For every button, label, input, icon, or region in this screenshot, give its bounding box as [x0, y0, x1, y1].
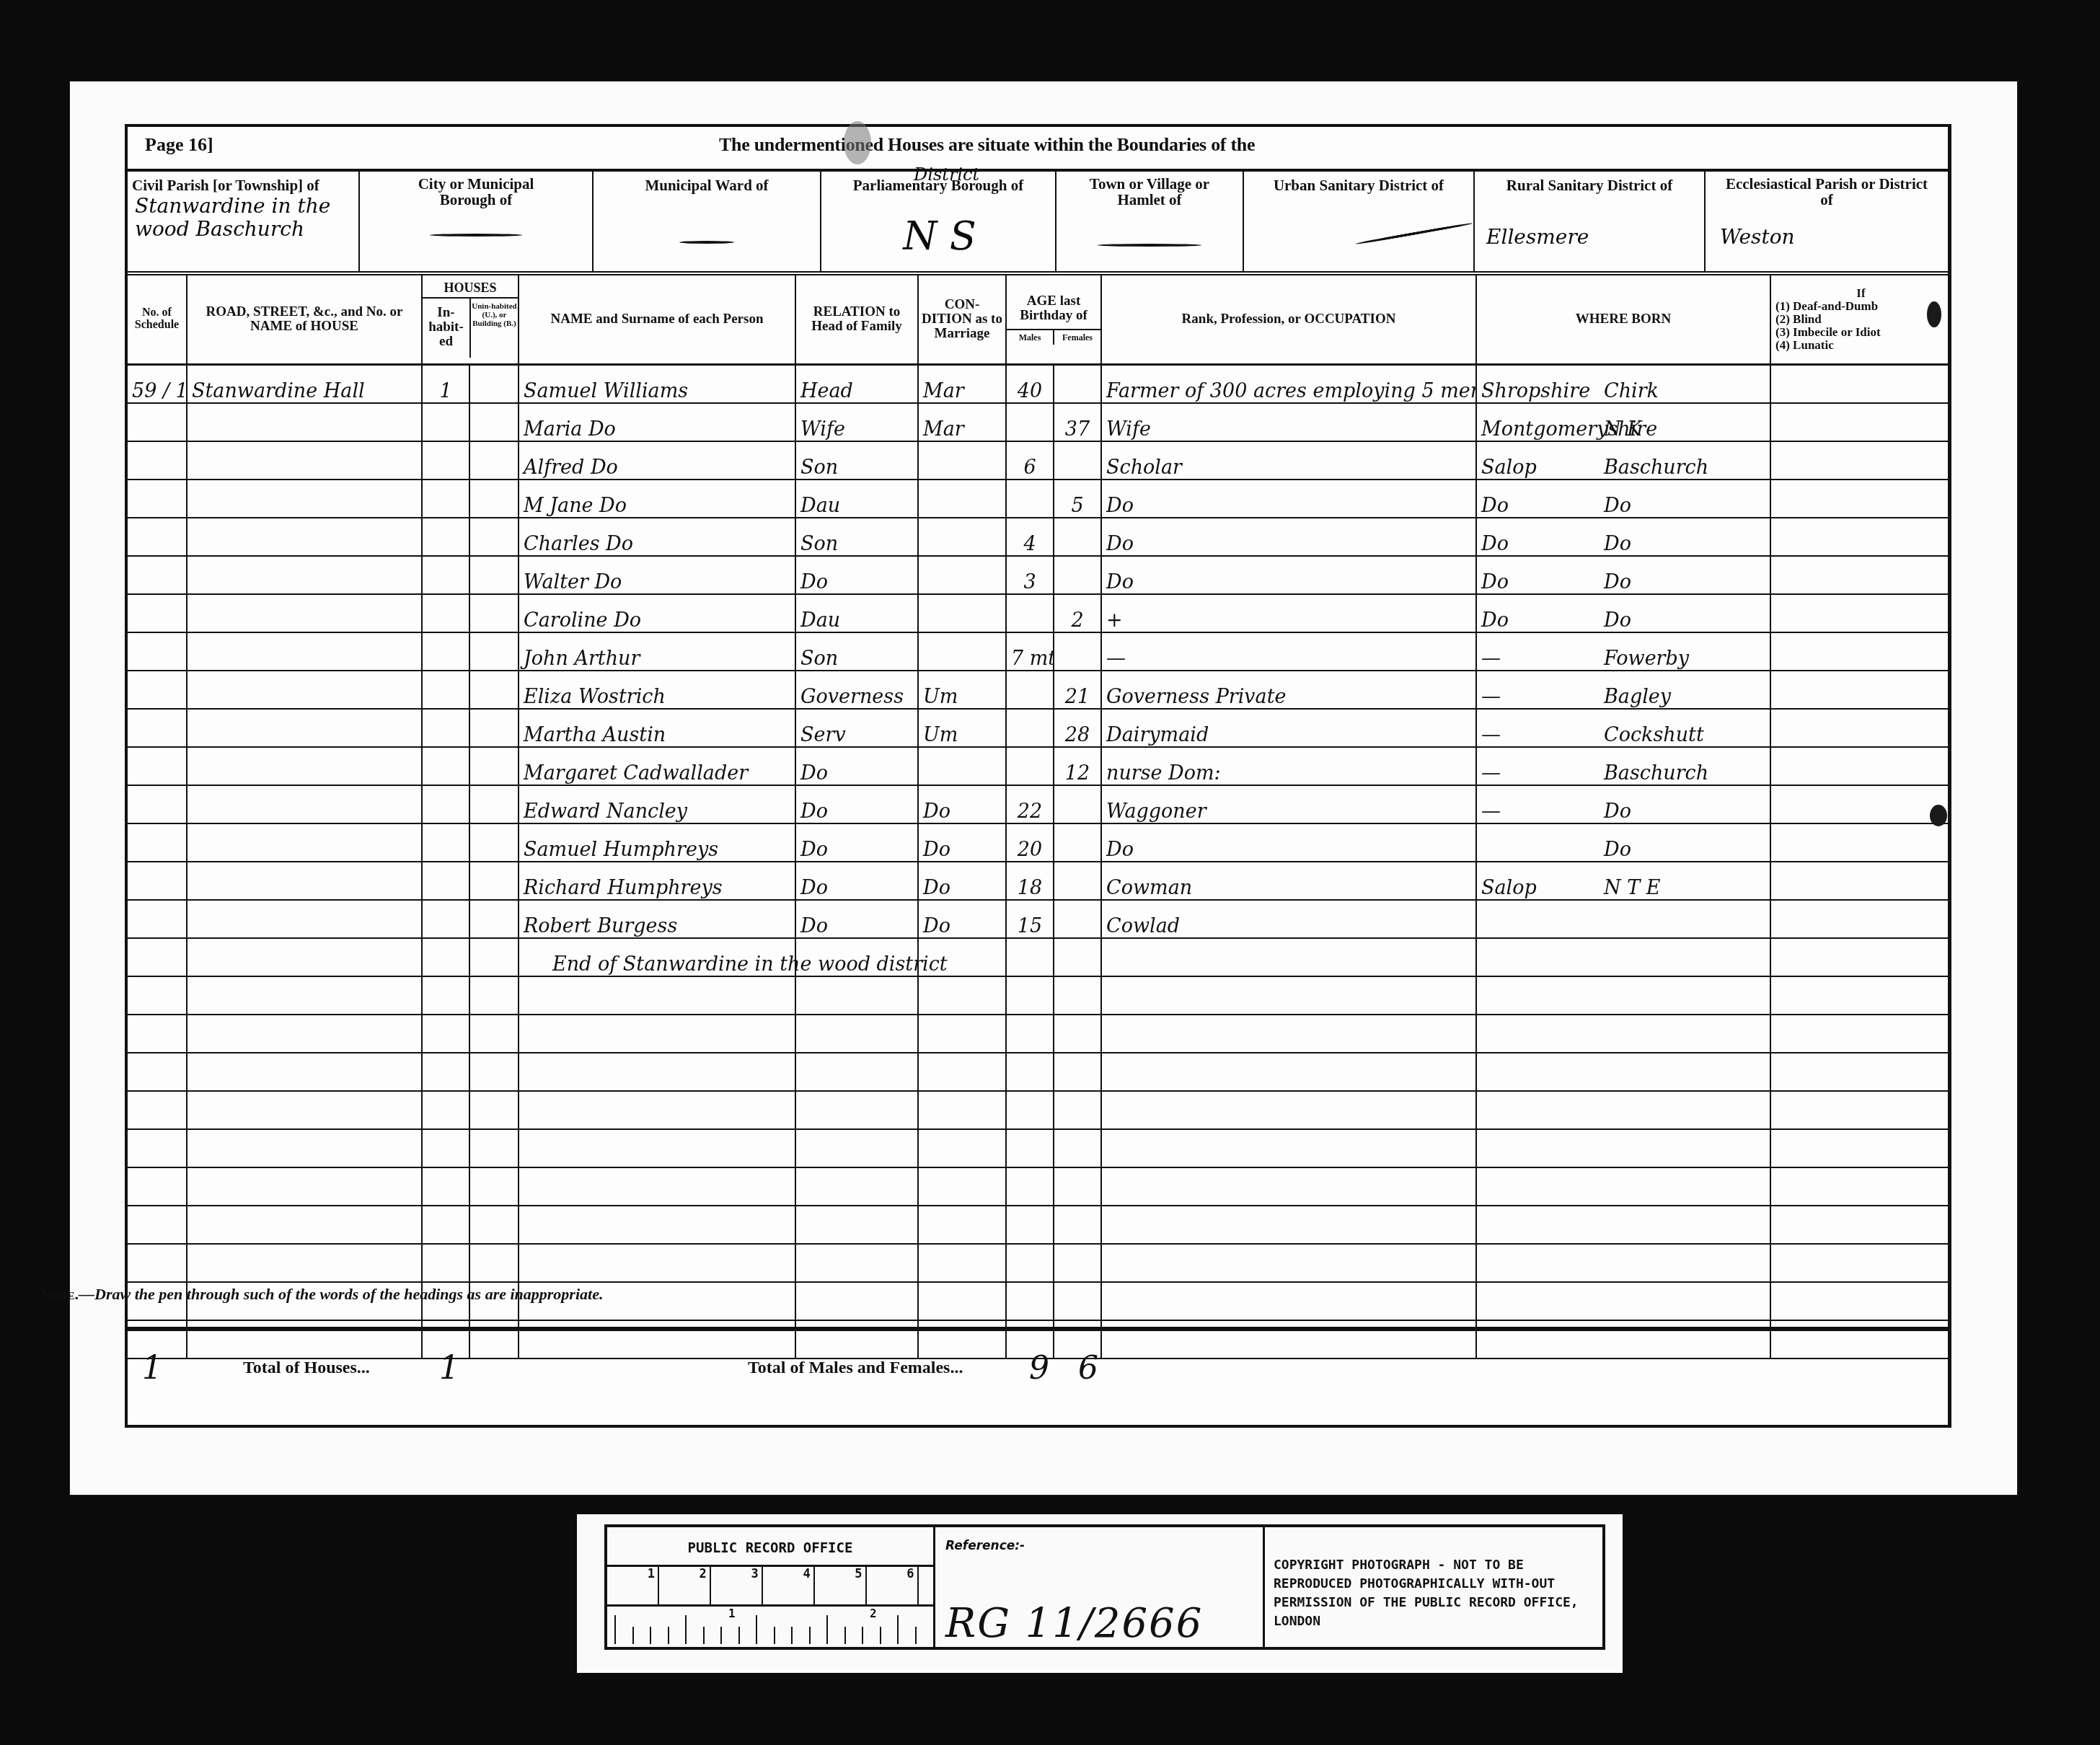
ecclesiastical-value: Weston [1720, 225, 1944, 249]
blank-cell [422, 1167, 469, 1206]
blank-cell [1054, 1015, 1101, 1053]
relation-cell: Son [795, 441, 918, 480]
blank-cell [469, 1129, 519, 1167]
blank-cell [187, 1206, 422, 1244]
blank-cell [1006, 938, 1054, 976]
schedule-cell [128, 441, 187, 480]
total-houses-label: Total of Houses... [243, 1359, 370, 1378]
ecclesiastical-label: Ecclesiastical Parish or District of [1706, 172, 1948, 208]
blank-cell [1006, 1091, 1054, 1129]
relation-cell: Do [795, 862, 918, 900]
municipal-ward-cell: Municipal Ward of [594, 172, 821, 271]
name-cell: Margaret Cadwallader [519, 747, 795, 785]
scale-mark: 3 [711, 1567, 763, 1604]
infirmity-cell [1770, 518, 1948, 556]
occupation-cell: + [1101, 594, 1476, 632]
occupation-cell: Farmer of 300 acres employing 5 men [1101, 365, 1476, 404]
road-cell [187, 556, 422, 594]
table-row: Alfred DoSon6ScholarSalopBaschurch [128, 441, 1948, 480]
blank-cell [187, 976, 422, 1015]
blank-cell [1476, 1053, 1770, 1091]
condition-cell: Do [918, 785, 1006, 823]
blank-cell [1770, 1091, 1948, 1129]
schedule-cell [128, 632, 187, 671]
blank-cell [128, 1244, 187, 1282]
blank-cell [1476, 1167, 1770, 1206]
total-schedules: 1 [142, 1350, 162, 1387]
name-cell: Alfred Do [519, 441, 795, 480]
table-row: Caroline DoDau2+DoDo [128, 594, 1948, 632]
civil-parish-cell: Civil Parish [or Township] of Stanwardin… [128, 172, 360, 271]
where-born-cell: DoDo [1476, 556, 1770, 594]
inhabited-cell: 1 [422, 365, 469, 404]
census-page: Page 16] The undermentioned Houses are s… [125, 124, 1951, 1428]
female-age-cell [1054, 862, 1101, 900]
born-county: Salop [1481, 456, 1604, 479]
road-cell [187, 747, 422, 785]
female-age-cell [1054, 441, 1101, 480]
table-row: Eliza WostrichGovernessUm21Governess Pri… [128, 671, 1948, 709]
male-age-cell [1006, 671, 1054, 709]
blank-row [128, 1206, 1948, 1244]
infirmity-cell [1770, 441, 1948, 480]
born-county: Shropshire [1481, 380, 1604, 402]
col-infirmity: If (1) Deaf-and-Dumb (2) Blind (3) Imbec… [1770, 275, 1948, 365]
infirmity-if: If [1775, 287, 1946, 300]
blank-cell [519, 1244, 795, 1282]
scale-mark: 4 [763, 1567, 815, 1604]
blank-cell [422, 1206, 469, 1244]
born-county: — [1481, 762, 1604, 785]
blank-cell [187, 1167, 422, 1206]
uninhabited-cell [469, 823, 519, 862]
occupation-cell: Scholar [1101, 441, 1476, 480]
blank-cell [1476, 1129, 1770, 1167]
slip-border: PUBLIC RECORD OFFICE 1 2 3 4 5 6 1 2 Ref… [604, 1524, 1605, 1650]
blank-cell [1006, 1015, 1054, 1053]
condition-cell [918, 747, 1006, 785]
relation-cell: Serv [795, 709, 918, 747]
reference-label: Reference:- [945, 1539, 1025, 1553]
blank-cell [1476, 1015, 1770, 1053]
blank-row [128, 1053, 1948, 1091]
total-inhabited: 1 [439, 1350, 459, 1387]
name-cell: Charles Do [519, 518, 795, 556]
blank-cell [1054, 1091, 1101, 1129]
scale-mark: 2 [659, 1567, 711, 1604]
blank-cell [1101, 1167, 1476, 1206]
blank-cell [795, 1091, 918, 1129]
blank-cell [187, 1053, 422, 1091]
blank-cell [1101, 1282, 1476, 1320]
where-born-cell: —Bagley [1476, 671, 1770, 709]
civil-parish-value: Stanwardine in the wood Baschurch [135, 195, 354, 241]
name-cell: Samuel Williams [519, 365, 795, 404]
born-county: — [1481, 800, 1604, 823]
age-label: AGE last Birthday of [1007, 294, 1100, 323]
urban-sanitary-cell: Urban Sanitary District of [1244, 172, 1475, 271]
blank-cell [469, 1053, 519, 1091]
table-row: Samuel HumphreysDoDo20DoDo [128, 823, 1948, 862]
total-persons-label: Total of Males and Females... [748, 1359, 963, 1378]
male-age-cell: 20 [1006, 823, 1054, 862]
infirmity-cell [1770, 709, 1948, 747]
road-cell [187, 709, 422, 747]
uninhabited-cell [469, 518, 519, 556]
road-cell [187, 518, 422, 556]
blank-cell [422, 1129, 469, 1167]
schedule-cell [128, 518, 187, 556]
col-uninhabited: Unin-habited (U.), or Building (B.) [471, 299, 518, 358]
blank-cell [1101, 1053, 1476, 1091]
female-age-cell: 37 [1054, 403, 1101, 441]
scale-end [919, 1567, 933, 1604]
condition-cell: Um [918, 709, 1006, 747]
male-age-cell: 22 [1006, 785, 1054, 823]
schedule-cell [128, 403, 187, 441]
blank-row [128, 1091, 1948, 1129]
male-age-cell [1006, 747, 1054, 785]
blank-cell [918, 1091, 1006, 1129]
blank-cell [1054, 1129, 1101, 1167]
blank-cell [795, 1015, 918, 1053]
town-village-label: Town or Village or Hamlet of [1056, 172, 1243, 208]
relation-cell: Do [795, 823, 918, 862]
condition-cell [918, 556, 1006, 594]
blank-cell: End of Stanwardine in the wood district [519, 938, 795, 976]
scale-tick [668, 1627, 669, 1644]
born-place: Cockshutt [1604, 724, 1704, 746]
blank-cell [795, 1244, 918, 1282]
female-age-cell: 2 [1054, 594, 1101, 632]
blank-cell [1476, 938, 1770, 976]
blank-cell [469, 1206, 519, 1244]
rural-sanitary-cell: Rural Sanitary District of Ellesmere [1475, 172, 1706, 271]
town-village-dash [1098, 244, 1201, 247]
table-row: 59 / 1Stanwardine Hall1Samuel WilliamsHe… [128, 365, 1948, 404]
blank-cell [1476, 1206, 1770, 1244]
occupation-cell: Wife [1101, 403, 1476, 441]
inhabited-cell [422, 480, 469, 518]
slip-copyright-panel: COPYRIGHT PHOTOGRAPH - NOT TO BE REPRODU… [1265, 1527, 1602, 1647]
city-borough-label: City or Municipal Borough of [360, 172, 592, 208]
note-prefix: Note. [40, 1285, 79, 1303]
blank-cell [1476, 976, 1770, 1015]
parliamentary-value: N S [829, 213, 1051, 259]
infirmity-1: (1) Deaf-and-Dumb [1775, 300, 1946, 313]
name-cell: Maria Do [519, 403, 795, 441]
blank-cell [1770, 938, 1948, 976]
schedule-cell [128, 709, 187, 747]
name-cell: Edward Nancley [519, 785, 795, 823]
scale-tick [915, 1627, 917, 1644]
where-born-cell: Do [1476, 823, 1770, 862]
blank-cell [519, 1206, 795, 1244]
condition-cell: Do [918, 823, 1006, 862]
blank-cell [469, 1015, 519, 1053]
city-borough-dash [430, 234, 523, 237]
uninhabited-cell [469, 480, 519, 518]
blank-cell [1006, 1244, 1054, 1282]
inhabited-cell [422, 594, 469, 632]
female-age-cell: 28 [1054, 709, 1101, 747]
col-females: Females [1054, 330, 1100, 345]
rural-sanitary-label: Rural Sanitary District of [1475, 172, 1704, 193]
road-cell [187, 403, 422, 441]
table-row: M Jane DoDau5DoDoDo [128, 480, 1948, 518]
blank-cell [918, 1129, 1006, 1167]
scale-cm: 1 2 3 4 5 6 [607, 1565, 933, 1607]
relation-cell: Do [795, 556, 918, 594]
born-county: — [1481, 724, 1604, 746]
blank-cell [1054, 938, 1101, 976]
inhabited-cell [422, 518, 469, 556]
blank-cell [1101, 1206, 1476, 1244]
condition-cell [918, 480, 1006, 518]
table-row: Edward NancleyDoDo22Waggoner—Do [128, 785, 1948, 823]
scale-tick [756, 1615, 757, 1644]
city-borough-cell: City or Municipal Borough of [360, 172, 594, 271]
born-place: Chirk [1604, 380, 1659, 402]
inhabited-cell [422, 709, 469, 747]
born-county: Montgomeryshire [1481, 418, 1604, 441]
blank-cell [1054, 1282, 1101, 1320]
blank-cell [469, 1167, 519, 1206]
ink-blot [1927, 301, 1941, 327]
male-age-cell: 15 [1006, 900, 1054, 938]
uninhabited-cell [469, 747, 519, 785]
end-of-district-note: End of Stanwardine in the wood district [552, 953, 948, 976]
blank-cell [1054, 1206, 1101, 1244]
scale-tick [685, 1615, 687, 1644]
blank-cell [1770, 1244, 1948, 1282]
blank-cell [469, 976, 519, 1015]
totals-row: 1 Total of Houses... 1 Total of Males an… [128, 1327, 1948, 1405]
blank-cell [187, 1015, 422, 1053]
public-record-office-slip: PUBLIC RECORD OFFICE 1 2 3 4 5 6 1 2 Ref… [577, 1514, 1623, 1673]
infirmity-cell [1770, 747, 1948, 785]
col-condition: CON-DITION as to Marriage [918, 275, 1006, 365]
blank-cell [128, 1167, 187, 1206]
blank-cell [795, 1129, 918, 1167]
born-place: Do [1604, 571, 1631, 593]
name-cell: Caroline Do [519, 594, 795, 632]
col-where-born: WHERE BORN [1476, 275, 1770, 365]
scale-mark: 1 [607, 1567, 659, 1604]
blank-cell [1006, 1129, 1054, 1167]
female-age-cell [1054, 900, 1101, 938]
male-age-cell [1006, 594, 1054, 632]
municipal-ward-dash [679, 241, 733, 244]
blank-cell [1054, 1053, 1101, 1091]
scale-tick [880, 1627, 881, 1644]
where-born-cell: —Do [1476, 785, 1770, 823]
total-males: 9 [1029, 1350, 1049, 1387]
houses-subcols: In-habit-ed Unin-habited (U.), or Buildi… [423, 299, 518, 358]
schedule-cell [128, 862, 187, 900]
blank-row [128, 1015, 1948, 1053]
scale-tick [632, 1627, 634, 1644]
blank-cell [918, 976, 1006, 1015]
road-cell [187, 671, 422, 709]
schedule-cell: 59 / 1 [128, 365, 187, 404]
ecclesiastical-cell: Ecclesiastical Parish or District of Wes… [1706, 172, 1948, 271]
col-males: Males [1007, 330, 1054, 345]
male-age-cell: 4 [1006, 518, 1054, 556]
parliamentary-overwrite: District [914, 164, 979, 185]
occupation-cell: Do [1101, 556, 1476, 594]
col-name: NAME and Surname of each Person [519, 275, 795, 365]
uninhabited-cell [469, 594, 519, 632]
blank-cell [1770, 1053, 1948, 1091]
occupation-cell: — [1101, 632, 1476, 671]
name-cell: M Jane Do [519, 480, 795, 518]
female-age-cell: 12 [1054, 747, 1101, 785]
blank-cell [1770, 1206, 1948, 1244]
infirmity-cell [1770, 823, 1948, 862]
infirmity-3: (3) Imbecile or Idiot [1775, 326, 1946, 339]
relation-cell: Son [795, 518, 918, 556]
blank-cell [128, 1015, 187, 1053]
relation-cell: Wife [795, 403, 918, 441]
table-header-row: No. of Schedule ROAD, STREET, &c., and N… [128, 275, 1948, 365]
road-cell [187, 862, 422, 900]
col-inhabited: In-habit-ed [423, 299, 471, 358]
name-cell: Martha Austin [519, 709, 795, 747]
road-cell [187, 480, 422, 518]
male-age-cell: 18 [1006, 862, 1054, 900]
male-age-cell: 6 [1006, 441, 1054, 480]
col-occupation: Rank, Profession, or OCCUPATION [1101, 275, 1476, 365]
inhabited-cell [422, 785, 469, 823]
blank-cell [422, 1015, 469, 1053]
occupation-cell: nurse Dom: [1101, 747, 1476, 785]
infirmity-cell [1770, 671, 1948, 709]
male-age-cell [1006, 480, 1054, 518]
table-row: Maria DoWifeMar37WifeMontgomeryshireN K [128, 403, 1948, 441]
scale-tick [703, 1627, 705, 1644]
male-age-cell [1006, 709, 1054, 747]
col-road: ROAD, STREET, &c., and No. or NAME of HO… [187, 275, 422, 365]
schedule-cell [128, 747, 187, 785]
born-place: Do [1604, 800, 1631, 823]
road-cell: Stanwardine Hall [187, 365, 422, 404]
total-females: 6 [1078, 1350, 1098, 1387]
relation-cell: Do [795, 747, 918, 785]
uninhabited-cell [469, 671, 519, 709]
relation-cell: Do [795, 785, 918, 823]
blank-cell [795, 1053, 918, 1091]
blank-cell [519, 1167, 795, 1206]
end-note-row: End of Stanwardine in the wood district [128, 938, 1948, 976]
inhabited-cell [422, 441, 469, 480]
copyright-notice: COPYRIGHT PHOTOGRAPH - NOT TO BE REPRODU… [1274, 1556, 1595, 1631]
table-row: Robert BurgessDoDo15Cowlad [128, 900, 1948, 938]
female-age-cell [1054, 518, 1101, 556]
female-age-cell: 5 [1054, 480, 1101, 518]
scale-mark: 6 [867, 1567, 919, 1604]
occupation-cell: Waggoner [1101, 785, 1476, 823]
born-place: N K [1604, 418, 1641, 441]
condition-cell [918, 594, 1006, 632]
uninhabited-cell [469, 556, 519, 594]
col-schedule: No. of Schedule [128, 275, 187, 365]
infirmity-cell [1770, 632, 1948, 671]
born-place: Do [1604, 839, 1631, 861]
where-born-cell: —Baschurch [1476, 747, 1770, 785]
blank-cell [795, 1167, 918, 1206]
table-row: Martha AustinServUm28Dairymaid—Cockshutt [128, 709, 1948, 747]
relation-cell: Dau [795, 480, 918, 518]
blank-cell [519, 1053, 795, 1091]
born-place: Do [1604, 533, 1631, 555]
blank-cell [1101, 1244, 1476, 1282]
blank-cell [1006, 976, 1054, 1015]
scale-tick [720, 1627, 722, 1644]
blank-cell [128, 938, 187, 976]
scale-tick [738, 1627, 740, 1644]
where-born-cell: SalopN T E [1476, 862, 1770, 900]
scale-tick [897, 1615, 899, 1644]
occupation-cell: Governess Private [1101, 671, 1476, 709]
condition-cell [918, 441, 1006, 480]
born-place: Fowerby [1604, 648, 1689, 670]
where-born-cell: —Cockshutt [1476, 709, 1770, 747]
col-age: AGE last Birthday of Males Females [1006, 275, 1101, 365]
name-cell: Eliza Wostrich [519, 671, 795, 709]
name-cell: John Arthur [519, 632, 795, 671]
born-county: Do [1481, 609, 1604, 632]
occupation-cell: Cowlad [1101, 900, 1476, 938]
schedule-cell [128, 823, 187, 862]
col-relation: RELATION to Head of Family [795, 275, 918, 365]
name-cell: Richard Humphreys [519, 862, 795, 900]
where-born-cell: —Fowerby [1476, 632, 1770, 671]
municipal-ward-label: Municipal Ward of [594, 172, 820, 193]
inhabited-cell [422, 823, 469, 862]
blank-cell [1101, 976, 1476, 1015]
blank-cell [187, 1091, 422, 1129]
blank-cell [1101, 1015, 1476, 1053]
blank-cell [918, 1244, 1006, 1282]
blank-cell [1054, 1167, 1101, 1206]
blank-cell [918, 1015, 1006, 1053]
female-age-cell [1054, 823, 1101, 862]
blank-cell [187, 1244, 422, 1282]
uninhabited-cell [469, 632, 519, 671]
household-rows: 59 / 1Stanwardine Hall1Samuel WilliamsHe… [128, 365, 1948, 1359]
blank-cell [469, 1091, 519, 1129]
blank-row [128, 1129, 1948, 1167]
scale-tick [650, 1627, 651, 1644]
blank-cell [918, 1053, 1006, 1091]
blank-cell [1006, 1053, 1054, 1091]
heading-note: Note.—Draw the pen through such of the w… [40, 1285, 603, 1304]
occupation-cell: Do [1101, 480, 1476, 518]
blank-cell [1770, 1167, 1948, 1206]
blank-cell [422, 1091, 469, 1129]
blank-cell [918, 1206, 1006, 1244]
schedule-cell [128, 594, 187, 632]
where-born-cell [1476, 900, 1770, 938]
female-age-cell [1054, 785, 1101, 823]
table-row: Richard HumphreysDoDo18CowmanSalopN T E [128, 862, 1948, 900]
blank-cell [519, 1129, 795, 1167]
condition-cell: Do [918, 862, 1006, 900]
scale-tick [791, 1627, 793, 1644]
occupation-cell: Do [1101, 823, 1476, 862]
uninhabited-cell [469, 403, 519, 441]
